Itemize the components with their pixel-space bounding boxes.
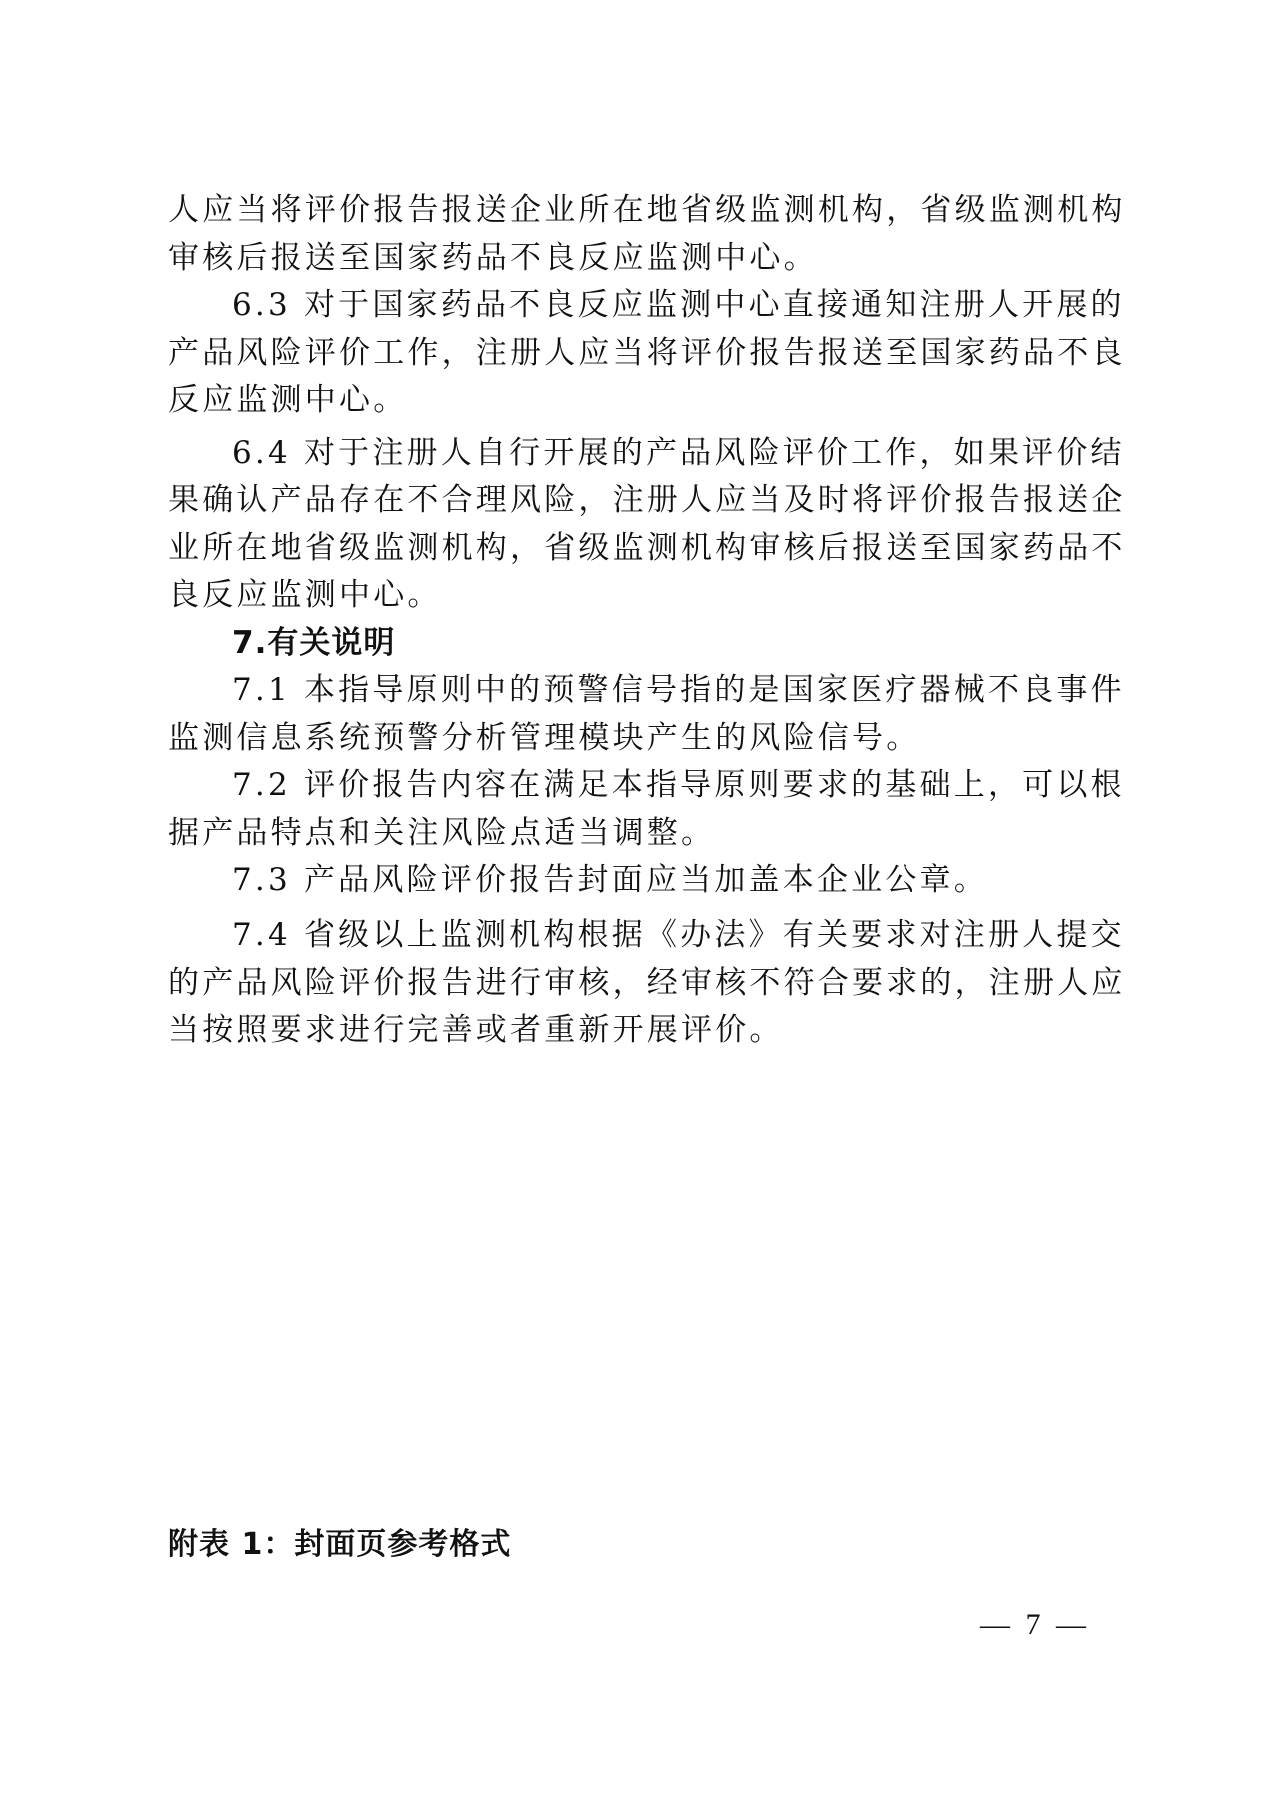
paragraph-line: 产品风险评价工作，注册人应当将评价报告报送至国家药品不良	[168, 333, 1120, 373]
paragraph-line: 监测信息系统预警分析管理模块产生的风险信号。	[168, 718, 1120, 758]
paragraph-line: 业所在地省级监测机构，省级监测机构审核后报送至国家药品不	[168, 528, 1120, 568]
paragraph-line: 7.2 评价报告内容在满足本指导原则要求的基础上，可以根	[232, 765, 1120, 805]
paragraph-line: 7.1 本指导原则中的预警信号指的是国家医疗器械不良事件	[232, 670, 1120, 710]
page-number: — 7 —	[980, 1605, 1090, 1645]
paragraph-line: 人应当将评价报告报送企业所在地省级监测机构，省级监测机构	[168, 190, 1120, 230]
paragraph-line: 7.3 产品风险评价报告封面应当加盖本企业公章。	[232, 860, 1120, 900]
paragraph-line: 反应监测中心。	[168, 380, 1120, 420]
document-page: 人应当将评价报告报送企业所在地省级监测机构，省级监测机构 审核后报送至国家药品不…	[0, 0, 1280, 1810]
paragraph-line: 据产品特点和关注风险点适当调整。	[168, 813, 1120, 853]
appendix-title: 附表 1：封面页参考格式	[168, 1525, 511, 1565]
paragraph-line: 良反应监测中心。	[168, 575, 1120, 615]
paragraph-line: 6.4 对于注册人自行开展的产品风险评价工作，如果评价结	[232, 433, 1120, 473]
paragraph-line: 6.3 对于国家药品不良反应监测中心直接通知注册人开展的	[232, 285, 1120, 325]
paragraph-line: 审核后报送至国家药品不良反应监测中心。	[168, 238, 1120, 278]
paragraph-line: 果确认产品存在不合理风险，注册人应当及时将评价报告报送企	[168, 480, 1120, 520]
paragraph-line: 当按照要求进行完善或者重新开展评价。	[168, 1010, 1120, 1050]
paragraph-line: 7.4 省级以上监测机构根据《办法》有关要求对注册人提交	[232, 915, 1120, 955]
paragraph-line: 的产品风险评价报告进行审核，经审核不符合要求的，注册人应	[168, 963, 1120, 1003]
section-heading: 7.有关说明	[232, 623, 1120, 663]
